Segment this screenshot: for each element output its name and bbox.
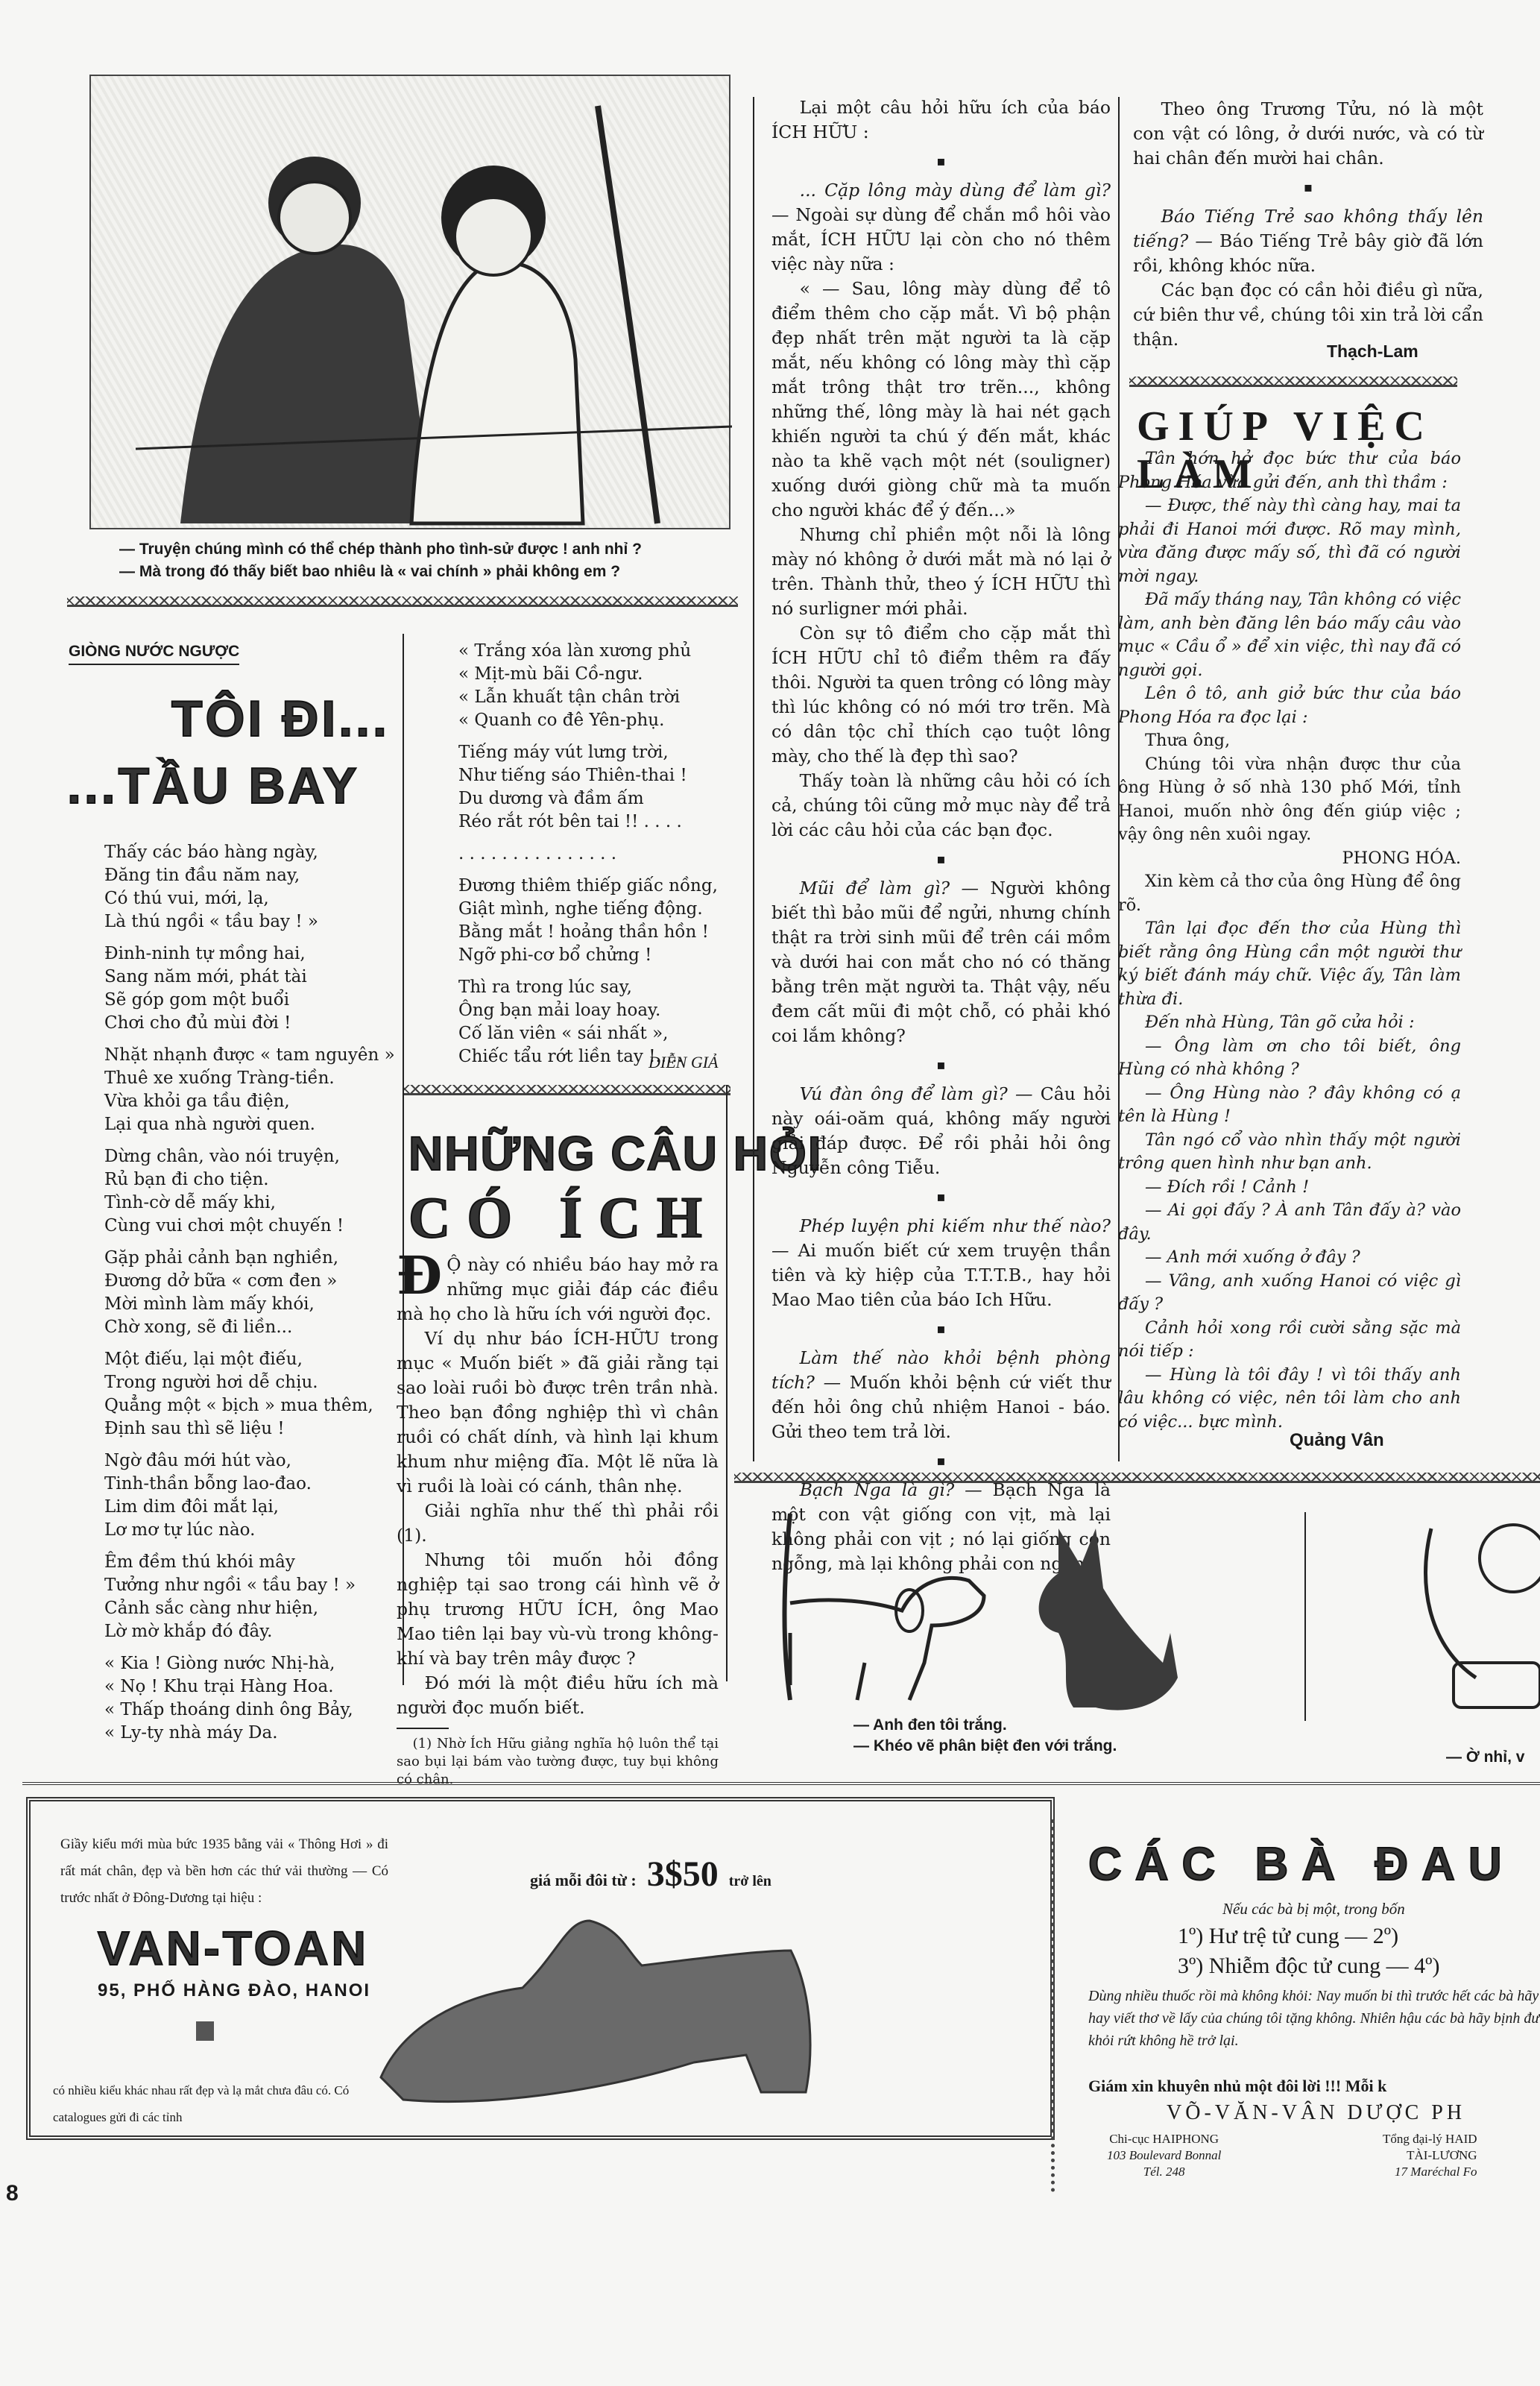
price-prefix: giá mỗi đôi từ : — [530, 1871, 637, 1889]
poem-line: « Mịt-mù bãi Cồ-ngư. — [458, 663, 734, 686]
branch-line: 103 Boulevard Bonnal — [1107, 2147, 1221, 2164]
poem-line: Thấy các báo hàng ngày, — [104, 841, 403, 864]
poem-line: Quẳng một « bịch » mua thêm, — [104, 1394, 403, 1417]
separator-ornament-icon: ▪ — [771, 847, 1111, 872]
paragraph: Đó mới là một điều hữu ích mà người đọc … — [397, 1671, 719, 1720]
answer: Nhưng chỉ phiền một nỗi là lông mày nó k… — [771, 524, 1111, 619]
caption-line: — Khéo vẽ phân biệt đen với trắng. — [853, 1736, 1117, 1757]
qa-paragraph: Theo ông Trương Tửu, nó là một con vật c… — [1133, 97, 1483, 171]
poem-stanza: Đương thiêm thiếp giấc nồng,Giật mình, n… — [458, 875, 734, 967]
ad-headline: CÁC BÀ ĐAU T — [1088, 1838, 1540, 1891]
branch-line: Chi-cục HAIPHONG — [1107, 2131, 1221, 2147]
poem-line: Tình-cờ dễ mấy khi, — [104, 1192, 403, 1215]
column-rule — [726, 1085, 728, 1681]
caption-line: — Truyện chúng mình có thể chép thành ph… — [119, 538, 730, 561]
poem-line: Dừng chân, vào nói truyện, — [104, 1145, 403, 1168]
zigzag-divider — [403, 1085, 730, 1095]
poem-title-line2: ...TẦU BAY — [67, 757, 360, 815]
job-story-body: Tân hớn hở đọc bức thư của báo Phong Hóa… — [1118, 447, 1461, 1434]
story-paragraph: — Được, thế này thì càng hay, mai ta phả… — [1118, 494, 1461, 588]
poem-stanza: Đinh-ninh tự mồng hai,Sang năm mới, phát… — [104, 942, 403, 1035]
dropcap: Đ — [397, 1253, 442, 1299]
ad-pharmacy: VÕ-VĂN-VÂN DƯỢC PH — [1167, 2101, 1465, 2125]
medicine-advertisement: CÁC BÀ ĐAU T Nếu các bà bị một, trong bố… — [1051, 1819, 1540, 2192]
poem-line: Lơ mơ tự lúc nào. — [104, 1519, 403, 1542]
answer: Ngoài sự dùng để chắn mồ hôi vào mắt, ÍC… — [771, 204, 1111, 274]
price-value: 3$50 — [647, 1854, 719, 1894]
ad-body: Dùng nhiều thuốc rồi mà không khỏi: Nay … — [1088, 1985, 1540, 2052]
poem-line: Giật mình, nghe tiếng động. — [458, 898, 734, 921]
caption-line: — Mà trong đó thấy biết bao nhiêu là « v… — [119, 561, 730, 583]
ad-item: 3º) Nhiễm độc tử cung — 4º) — [1178, 1954, 1439, 1979]
question: Mũi để làm gì? — — [800, 878, 979, 898]
ad-address: 95, PHỐ HÀNG ĐÀO, HANOI — [98, 1980, 370, 2001]
poem-line: Định sau thì sẽ liệu ! — [104, 1417, 403, 1441]
ad-intro: Giầy kiểu mới mùa bức 1935 bằng vải « Th… — [60, 1831, 388, 1912]
poem-line: . . . . . . . . . . . . . . . — [458, 843, 734, 866]
column-rule — [753, 97, 754, 1461]
story-paragraph: Đến nhà Hùng, Tân gõ cửa hỏi : — [1118, 1011, 1461, 1035]
cat-drawing-icon — [1416, 1514, 1540, 1715]
poem-line: Cảnh sắc càng như hiện, — [104, 1597, 403, 1620]
answer: « — Sau, lông mày dùng để tô điểm thêm c… — [771, 278, 1111, 520]
story-paragraph: Tân lại đọc đến thơ của Hùng thì biết rằ… — [1118, 917, 1461, 1011]
poem-stanza: « Trắng xóa làn xương phủ« Mịt-mù bãi Cồ… — [458, 640, 734, 732]
poem-title-line1: TÔI ĐI... — [171, 690, 390, 748]
story-paragraph: — Hùng là tôi đây ! vì tôi thấy anh lâu … — [1118, 1364, 1461, 1435]
qa-paragraph: Lại một câu hỏi hữu ích của báo ÍCH HỮU … — [771, 95, 1111, 145]
poem-line: Cố lăn viên « sái nhất », — [458, 1022, 734, 1045]
poem-line: Chờ xong, sẽ đi liền... — [104, 1316, 403, 1339]
couple-drawing-icon — [91, 76, 732, 531]
poem-line: « Ly-ty nhà máy Da. — [104, 1722, 403, 1745]
story-paragraph: — Vâng, anh xuống Hanoi có việc gì đấy ? — [1118, 1270, 1461, 1317]
questions-column-a: Đ Ộ này có nhiều báo hay mở ra những mục… — [397, 1253, 719, 1789]
poem-line: Ngỡ phi-cơ bổ chửng ! — [458, 944, 734, 967]
qa-paragraph: ... Cặp lông mày dùng để làm gì? — Ngoài… — [771, 178, 1111, 277]
poem-stanza: . . . . . . . . . . . . . . . — [458, 843, 734, 866]
story-paragraph: Lên ô tô, anh giở bức thư của báo Phong … — [1118, 682, 1461, 729]
ad-price-line: giá mỗi đôi từ : 3$50 trở lên — [530, 1854, 771, 1895]
qa-paragraph: Thấy toàn là những câu hỏi có ích cả, ch… — [771, 769, 1111, 843]
shoe-icon — [373, 1906, 851, 2115]
separator-ornament-icon: ▪ — [771, 1185, 1111, 1209]
poem-line: Trong người hơi dễ chịu. — [104, 1371, 403, 1394]
branch-line: Tél. 248 — [1107, 2164, 1221, 2180]
qa-paragraph: Báo Tiếng Trẻ sao không thấy lên tiếng? … — [1133, 204, 1483, 278]
poem-line: Nhặt nhạnh được « tam nguyên » — [104, 1044, 403, 1067]
ad-brand: VAN-TOAN — [98, 1921, 369, 1976]
paragraph: Giải nghĩa như thế thì phải rồi (1). — [397, 1499, 719, 1548]
poem-line: Đương dở bữa « cơm đen » — [104, 1270, 403, 1293]
poem-stanza: « Kia ! Giòng nước Nhị-hà,« Nọ ! Khu trạ… — [104, 1652, 403, 1745]
poem-line: « Trắng xóa làn xương phủ — [458, 640, 734, 663]
zigzag-divider — [734, 1473, 1540, 1483]
story-paragraph: Chúng tôi vừa nhận được thư của ông Hùng… — [1118, 753, 1461, 847]
poem-line: Là thú ngồi « tầu bay ! » — [104, 910, 403, 934]
ornament-icon — [196, 2021, 214, 2041]
qa-paragraph: Mũi để làm gì? — Người không biết thì bả… — [771, 876, 1111, 1048]
poem-stanza: Gặp phải cảnh bạn nghiền,Đương dở bữa « … — [104, 1247, 403, 1339]
separator-ornament-icon: ▪ — [771, 1053, 1111, 1077]
poem-stanza: Thấy các báo hàng ngày,Đăng tin đầu năm … — [104, 841, 403, 934]
poem-stanza: Dừng chân, vào nói truyện,Rủ bạn đi cho … — [104, 1145, 403, 1238]
column-rule — [1304, 1512, 1306, 1721]
poem-line: Mời mình làm mấy khói, — [104, 1293, 403, 1316]
story-paragraph: Cảnh hỏi xong rồi cười sằng sặc mà nói t… — [1118, 1317, 1461, 1364]
poem-line: Đăng tin đầu năm nay, — [104, 864, 403, 887]
branch-line: 17 Maréchal Fo — [1383, 2164, 1477, 2180]
story-paragraph: — Ông làm ơn cho tôi biết, ông Hùng có n… — [1118, 1035, 1461, 1082]
footnote-rule — [397, 1728, 449, 1729]
poem-line: Tinh-thần bỗng lao-đao. — [104, 1473, 403, 1496]
poem-line: Đương thiêm thiếp giấc nồng, — [458, 875, 734, 898]
poem-stanza: Tiếng máy vút lưng trời,Như tiếng sáo Th… — [458, 741, 734, 834]
price-suffix: trở lên — [729, 1873, 771, 1889]
story-paragraph: — Đích rồi ! Cảnh ! — [1118, 1176, 1461, 1200]
poem-column-1: Thấy các báo hàng ngày,Đăng tin đầu năm … — [104, 841, 403, 1754]
poem-line: Như tiếng sáo Thiên-thai ! — [458, 764, 734, 787]
ad-advice: Giám xin khuyên nhủ một đôi lời !!! Mỗi … — [1088, 2077, 1386, 2096]
cartoon-caption: — Truyện chúng mình có thể chép thành ph… — [119, 538, 730, 583]
story-paragraph: Xin kèm cả thơ của ông Hùng để ông rõ. — [1118, 870, 1461, 917]
poem-line: « Quanh co đê Yên-phụ. — [458, 709, 734, 732]
paragraph: Nhưng tôi muốn hỏi đồng nghiệp tại sao t… — [397, 1548, 719, 1671]
separator-ornament-icon: ▪ — [771, 1449, 1111, 1473]
story-paragraph: — Ông Hùng nào ? đây không có ạ tên là H… — [1118, 1082, 1461, 1129]
qa-paragraph: Vú đàn ông để làm gì? — Câu hỏi này oái-… — [771, 1082, 1111, 1180]
poem-line: Lờ mờ khắp đó đây. — [104, 1620, 403, 1643]
poem-line: Réo rắt rót bên tai !! . . . . — [458, 810, 734, 834]
zigzag-divider — [67, 596, 738, 607]
poem-line: Êm đềm thú khói mây — [104, 1551, 403, 1574]
poem-line: Có thú vui, mới, lạ, — [104, 887, 403, 910]
poem-line: Tiếng máy vút lưng trời, — [458, 741, 734, 764]
poem-line: Thuê xe xuống Tràng-tiền. — [104, 1067, 403, 1090]
poem-line: Chơi cho đủ mùi đời ! — [104, 1012, 403, 1035]
answer: Theo ông Trương Tửu, nó là một con vật c… — [1133, 98, 1483, 169]
poem-line: Ngờ đâu mới hút vào, — [104, 1449, 403, 1473]
story-paragraph: Tân ngó cổ vào nhìn thấy một người trông… — [1118, 1129, 1461, 1176]
ad-branch-right: Tổng đại-lý HAID TÀI-LƯƠNG 17 Maréchal F… — [1383, 2131, 1477, 2180]
qa-paragraph: Làm thế nào khỏi bệnh phòng tích? — Muốn… — [771, 1346, 1111, 1444]
separator-ornament-icon: ▪ — [771, 1317, 1111, 1341]
answer: Người không biết thì bảo mũi để ngửi, nh… — [771, 878, 1111, 1046]
dogs-drawing-icon — [775, 1499, 1252, 1722]
dog-cartoon-caption: — Anh đen tôi trắng. — Khéo vẽ phân biệt… — [853, 1715, 1117, 1757]
separator-ornament-icon: ▪ — [1133, 175, 1483, 200]
poem-line: Đinh-ninh tự mồng hai, — [104, 942, 403, 966]
questions-title-line1: NHỮNG CÂU HỎI — [408, 1126, 823, 1181]
poem-line: Một điếu, lại một điếu, — [104, 1348, 403, 1371]
cat-cartoon-caption: — Ờ nhỉ, v — [1446, 1748, 1524, 1766]
poem-stanza: Ngờ đâu mới hút vào,Tinh-thần bỗng lao-đ… — [104, 1449, 403, 1542]
poem-line: Lại qua nhà người quen. — [104, 1113, 403, 1136]
caption-line: — Anh đen tôi trắng. — [853, 1715, 1117, 1736]
story-paragraph: — Ai gọi đấy ? À anh Tân đấy à? vào đây. — [1118, 1199, 1461, 1246]
poem-stanza: Một điếu, lại một điếu,Trong người hơi d… — [104, 1348, 403, 1441]
ad-branch-left: Chi-cục HAIPHONG 103 Boulevard Bonnal Té… — [1107, 2131, 1221, 2180]
answer: Ai muốn biết cứ xem truyện thần tiên và … — [771, 1240, 1111, 1310]
ad-footer: có nhiều kiểu khác nhau rất đẹp và lạ mắ… — [53, 2077, 359, 2131]
poem-line: Bằng mắt ! hoảng thần hồn ! — [458, 921, 734, 944]
branch-line: Tổng đại-lý HAID — [1383, 2131, 1477, 2147]
qa-paragraph: Nhưng chỉ phiền một nỗi là lông mày nó k… — [771, 523, 1111, 621]
story-paragraph: Thưa ông, — [1118, 729, 1461, 753]
answer: Lại một câu hỏi hữu ích của báo ÍCH HỮU … — [771, 97, 1111, 142]
branch-line: TÀI-LƯƠNG — [1383, 2147, 1477, 2164]
poem-line: Du dương và đầm ấm — [458, 787, 734, 810]
qa-paragraph: Các bạn đọc có cần hỏi điều gì nữa, cứ b… — [1133, 278, 1483, 352]
poem-line: Lim dim đôi mắt lại, — [104, 1496, 403, 1519]
poem-line: « Kia ! Giòng nước Nhị-hà, — [104, 1652, 403, 1675]
ad-item: 1º) Hư trệ tử cung — 2º) — [1178, 1924, 1398, 1949]
ad-subline: Nếu các bà bị một, trong bốn — [1222, 1900, 1405, 1918]
page-number: 8 — [6, 2181, 19, 2206]
separator-ornament-icon: ▪ — [771, 149, 1111, 174]
paragraph: Ví dụ như báo ÍCH-HỮU trong mục « Muốn b… — [397, 1326, 719, 1499]
zigzag-divider — [1129, 377, 1457, 387]
paragraph: Ộ này có nhiều báo hay mở ra những mục g… — [397, 1253, 719, 1326]
footnote: (1) Nhờ Ích Hữu giảng nghĩa hộ luôn thể … — [397, 1735, 719, 1789]
answer: Thấy toàn là những câu hỏi có ích cả, ch… — [771, 770, 1111, 840]
questions-column-c: Theo ông Trương Tửu, nó là một con vật c… — [1133, 97, 1483, 352]
poem-line: Sang năm mới, phát tài — [104, 966, 403, 989]
qa-paragraph: Phép luyện phi kiếm như thế nào? — Ai mu… — [771, 1214, 1111, 1312]
questions-title-line2: CÓ ÍCH — [408, 1184, 719, 1251]
poem-line: Thì ra trong lúc say, — [458, 976, 734, 999]
poem-line: « Thấp thoáng dinh ông Bảy, — [104, 1699, 403, 1722]
poem-line: Ông bạn mải loay hoay. — [458, 999, 734, 1022]
poem-line: Rủ bạn đi cho tiện. — [104, 1168, 403, 1192]
question: Vú đàn ông để làm gì? — — [800, 1083, 1033, 1104]
section-label: GIÒNG NƯỚC NGƯỢC — [69, 643, 239, 665]
answer: Các bạn đọc có cần hỏi điều gì nữa, cứ b… — [1133, 280, 1483, 350]
story-paragraph: Tân hớn hở đọc bức thư của báo Phong Hóa… — [1118, 447, 1461, 494]
poem-line: Cùng vui chơi một chuyến ! — [104, 1215, 403, 1238]
cartoon-couple-illustration — [89, 75, 730, 529]
questions-column-b: Lại một câu hỏi hữu ích của báo ÍCH HỮU … — [771, 95, 1111, 1576]
shoe-illustration — [373, 1906, 851, 2115]
shoe-advertisement: Giầy kiểu mới mùa bức 1935 bằng vải « Th… — [26, 1797, 1055, 2140]
poem-line: « Lẫn khuất tận chân trời — [458, 686, 734, 709]
questions-author: Thạch-Lam — [1327, 341, 1418, 362]
poem-stanza: Êm đềm thú khói mâyTưởng như ngồi « tầu … — [104, 1551, 403, 1643]
cat-cartoon-illustration — [1416, 1514, 1540, 1715]
qa-paragraph: Còn sự tô điểm cho cặp mắt thì ÍCH HỮU c… — [771, 621, 1111, 769]
poem-line: Vừa khỏi ga tầu điện, — [104, 1090, 403, 1113]
poem-line: Sẽ góp gom một buổi — [104, 989, 403, 1012]
story-paragraph: PHONG HÓA. — [1118, 847, 1461, 871]
job-story-author: Quảng Vân — [1290, 1430, 1384, 1451]
answer: Còn sự tô điểm cho cặp mắt thì ÍCH HỮU c… — [771, 623, 1111, 767]
dog-cartoon-illustration — [775, 1499, 1252, 1722]
story-paragraph: — Anh mới xuống ở đây ? — [1118, 1246, 1461, 1270]
poem-line: « Nọ ! Khu trại Hàng Hoa. — [104, 1675, 403, 1699]
poem-stanza: Nhặt nhạnh được « tam nguyên »Thuê xe xu… — [104, 1044, 403, 1136]
poem-author: DIỄN GIẢ — [648, 1053, 718, 1072]
ad-section-rule — [22, 1782, 1540, 1785]
poem-column-2: « Trắng xóa làn xương phủ« Mịt-mù bãi Cồ… — [458, 640, 734, 1077]
poem-line: Gặp phải cảnh bạn nghiền, — [104, 1247, 403, 1270]
story-paragraph: Đã mấy tháng nay, Tân không có việc làm,… — [1118, 588, 1461, 682]
qa-paragraph: « — Sau, lông mày dùng để tô điểm thêm c… — [771, 277, 1111, 523]
poem-line: Tưởng như ngồi « tầu bay ! » — [104, 1574, 403, 1597]
